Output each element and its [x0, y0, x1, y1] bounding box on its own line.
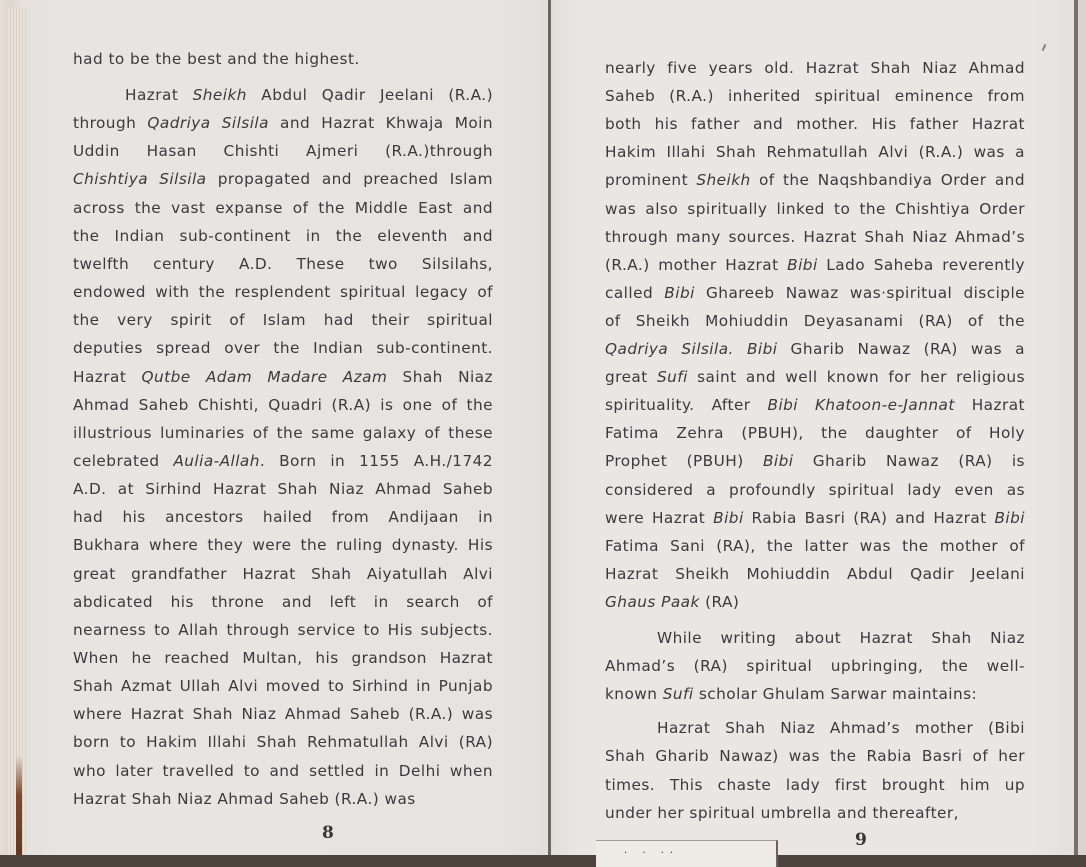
- text-span: the very spirit of Islam had their spiri…: [73, 311, 493, 329]
- text-span: Bukhara where they were the ruling dynas…: [73, 536, 493, 554]
- text-line: where Hazrat Shah Niaz Ahmad Saheb (R.A.…: [73, 703, 493, 725]
- text-span: times. This chaste lady first brought hi…: [605, 776, 1025, 794]
- book-spread: had to be the best and the highest.Hazra…: [0, 0, 1086, 867]
- paper-slip: . . ..: [596, 840, 778, 867]
- italic-text: Qadriya Silsila. Bibi: [605, 340, 777, 358]
- text-span: Prophet (PBUH): [605, 452, 763, 470]
- text-span: where Hazrat Shah Niaz Ahmad Saheb (R.A.…: [73, 705, 493, 723]
- text-line: Chishtiya Silsila propagated and preache…: [73, 168, 493, 190]
- italic-text: Sheikh: [193, 86, 247, 104]
- italic-text: Ghaus Paak: [605, 593, 700, 611]
- text-line: was also spiritually linked to the Chish…: [605, 198, 1025, 220]
- text-line: Ahmad Saheb Chishti, Quadri (R.A) is one…: [73, 394, 493, 416]
- text-span: endowed with the resplendent spiritual l…: [73, 283, 493, 301]
- text-line: abdicated his throne and left in search …: [73, 591, 493, 613]
- text-span: nearness to Allah through service to His…: [73, 621, 493, 639]
- italic-text: Bibi Khatoon-e-Jannat: [768, 396, 955, 414]
- text-line: Fatima Sani (RA), the latter was the mot…: [605, 535, 1025, 557]
- text-span: spirituality. After: [605, 396, 768, 414]
- text-line: prominent Sheikh of the Naqshbandiya Ord…: [605, 169, 1025, 191]
- text-line: nearness to Allah through service to His…: [73, 619, 493, 641]
- text-line: Hakim Illahi Shah Rehmatullah Alvi (R.A.…: [605, 141, 1025, 163]
- text-line: A.D. at Sirhind Hazrat Shah Niaz Ahmad S…: [73, 478, 493, 500]
- text-line: of Sheikh Mohiuddin Deyasanami (RA) of t…: [605, 310, 1025, 332]
- text-span: Fatima Zehra (PBUH), the daughter of Hol…: [605, 424, 1025, 442]
- text-span: celebrated: [73, 452, 173, 470]
- text-line: who later travelled to and settled in De…: [73, 760, 493, 782]
- text-span: the Indian sub-continent in the eleventh…: [73, 227, 493, 245]
- text-line: celebrated Aulia-Allah. Born in 1155 A.H…: [73, 450, 493, 472]
- text-span: were Hazrat: [605, 509, 713, 527]
- text-span: through many sources. Hazrat Shah Niaz A…: [605, 228, 1025, 246]
- right-page: nearly five years old. Hazrat Shah Niaz …: [551, 0, 1078, 855]
- text-span: great grandfather Hazrat Shah Aiyatullah…: [73, 565, 493, 583]
- text-span: A.D. at Sirhind Hazrat Shah Niaz Ahmad S…: [73, 480, 493, 498]
- text-line: Shah Azmat Ullah Alvi moved to Sirhind i…: [73, 675, 493, 697]
- text-span: saint and well known for her religious: [688, 368, 1025, 386]
- text-line: twelfth century A.D. These two Silsilahs…: [73, 253, 493, 275]
- text-line: Saheb (R.A.) inherited spiritual eminenc…: [605, 85, 1025, 107]
- text-span: When he reached Multan, his grandson Haz…: [73, 649, 493, 667]
- text-line: Hazrat Shah Niaz Ahmad’s mother (Bibi: [605, 717, 1025, 739]
- text-line: Ghaus Paak (RA): [605, 591, 1025, 613]
- background-surface: [0, 855, 1086, 867]
- text-line: Hazrat Shah Niaz Ahmad Saheb (R.A.) was: [73, 788, 493, 810]
- edge-stain: [16, 755, 22, 855]
- text-span: of the Naqshbandiya Order and: [751, 171, 1025, 189]
- text-span: had his ancestors hailed from Andijaan i…: [73, 508, 493, 526]
- text-span: While writing about Hazrat Shah Niaz: [657, 629, 1025, 647]
- text-line: times. This chaste lady first brought hi…: [605, 774, 1025, 796]
- text-span: known: [605, 685, 663, 703]
- italic-text: Bibi: [787, 256, 818, 274]
- text-line: deputies spread over the Indian sub-cont…: [73, 337, 493, 359]
- text-span: Abdul Qadir Jeelani (R.A.): [247, 86, 493, 104]
- text-line: nearly five years old. Hazrat Shah Niaz …: [605, 57, 1025, 79]
- text-span: Hazrat Sheikh Mohiuddin Abdul Qadir Jeel…: [605, 565, 1025, 583]
- text-span: Hakim Illahi Shah Rehmatullah Alvi (R.A.…: [605, 143, 1025, 161]
- text-line: Hazrat Sheikh Mohiuddin Abdul Qadir Jeel…: [605, 563, 1025, 585]
- text-line: through many sources. Hazrat Shah Niaz A…: [605, 226, 1025, 248]
- text-span: Ghareeb Nawaz was·spiritual disciple: [695, 284, 1025, 302]
- text-span: Ahmad Saheb Chishti, Quadri (R.A) is one…: [73, 396, 493, 414]
- text-line: Shah Gharib Nawaz) was the Rabia Basri o…: [605, 745, 1025, 767]
- text-line: had to be the best and the highest.: [73, 48, 493, 70]
- text-span: called: [605, 284, 664, 302]
- italic-text: Bibi: [713, 509, 744, 527]
- text-span: Saheb (R.A.) inherited spiritual eminenc…: [605, 87, 1025, 105]
- text-span: abdicated his throne and left in search …: [73, 593, 493, 611]
- text-span: across the vast expanse of the Middle Ea…: [73, 199, 493, 217]
- italic-text: Bibi: [994, 509, 1025, 527]
- text-span: was also spiritually linked to the Chish…: [605, 200, 1025, 218]
- text-span: Lado Saheba reverently: [818, 256, 1025, 274]
- text-span: under her spiritual umbrella and thereaf…: [605, 804, 959, 822]
- text-line: Hazrat Sheikh Abdul Qadir Jeelani (R.A.): [73, 84, 493, 106]
- text-span: propagated and preached Islam: [206, 170, 493, 188]
- text-line: the Indian sub-continent in the eleventh…: [73, 225, 493, 247]
- text-line: both his father and mother. His father H…: [605, 113, 1025, 135]
- text-span: (RA): [700, 593, 740, 611]
- text-span: Shah Azmat Ullah Alvi moved to Sirhind i…: [73, 677, 493, 695]
- text-line: Prophet (PBUH) Bibi Gharib Nawaz (RA) is: [605, 450, 1025, 472]
- text-span: (R.A.) mother Hazrat: [605, 256, 787, 274]
- page-edges: [8, 8, 26, 858]
- text-span: Shah Niaz: [387, 368, 493, 386]
- text-span: Gharib Nawaz (RA) is: [793, 452, 1025, 470]
- text-line: (R.A.) mother Hazrat Bibi Lado Saheba re…: [605, 254, 1025, 276]
- text-line: Fatima Zehra (PBUH), the daughter of Hol…: [605, 422, 1025, 444]
- text-line: called Bibi Ghareeb Nawaz was·spiritual …: [605, 282, 1025, 304]
- text-span: Hazrat: [125, 86, 193, 104]
- text-line: great Sufi saint and well known for her …: [605, 366, 1025, 388]
- text-span: considered a profoundly spiritual lady e…: [605, 481, 1025, 499]
- italic-text: Sufi: [663, 685, 694, 703]
- text-span: Fatima Sani (RA), the latter was the mot…: [605, 537, 1025, 555]
- text-line: spirituality. After Bibi Khatoon-e-Janna…: [605, 394, 1025, 416]
- text-line: known Sufi scholar Ghulam Sarwar maintai…: [605, 683, 1025, 705]
- text-line: Uddin Hasan Chishti Ajmeri (R.A.)through: [73, 140, 493, 162]
- text-line: great grandfather Hazrat Shah Aiyatullah…: [73, 563, 493, 585]
- text-line: When he reached Multan, his grandson Haz…: [73, 647, 493, 669]
- text-span: and Hazrat Khwaja Moin: [269, 114, 493, 132]
- text-span: Hazrat Shah Niaz Ahmad’s mother (Bibi: [657, 719, 1025, 737]
- italic-text: Qadriya Silsila: [147, 114, 269, 132]
- text-line: were Hazrat Bibi Rabia Basri (RA) and Ha…: [605, 507, 1025, 529]
- text-span: Hazrat Shah Niaz Ahmad Saheb (R.A.) was: [73, 790, 416, 808]
- text-span: illustrious luminaries of the same galax…: [73, 424, 493, 442]
- text-span: Rabia Basri (RA) and Hazrat: [744, 509, 995, 527]
- text-line: through Qadriya Silsila and Hazrat Khwaj…: [73, 112, 493, 134]
- text-span: Uddin Hasan Chishti Ajmeri (R.A.)through: [73, 142, 493, 160]
- text-line: had his ancestors hailed from Andijaan i…: [73, 506, 493, 528]
- left-page: had to be the best and the highest.Hazra…: [0, 0, 551, 855]
- italic-text: Bibi: [763, 452, 794, 470]
- italic-text: Sufi: [657, 368, 688, 386]
- text-span: Hazrat: [955, 396, 1025, 414]
- text-span: both his father and mother. His father H…: [605, 115, 1025, 133]
- text-line: illustrious luminaries of the same galax…: [73, 422, 493, 444]
- text-line: Qadriya Silsila. Bibi Gharib Nawaz (RA) …: [605, 338, 1025, 360]
- page-number-left: 8: [322, 823, 334, 843]
- text-span: born to Hakim Illahi Shah Rehmatullah Al…: [73, 733, 493, 751]
- text-line: under her spiritual umbrella and thereaf…: [605, 802, 1025, 824]
- text-span: deputies spread over the Indian sub-cont…: [73, 339, 493, 357]
- text-line: Hazrat Qutbe Adam Madare Azam Shah Niaz: [73, 366, 493, 388]
- text-line: endowed with the resplendent spiritual l…: [73, 281, 493, 303]
- text-span: of Sheikh Mohiuddin Deyasanami (RA) of t…: [605, 312, 1025, 330]
- text-line: born to Hakim Illahi Shah Rehmatullah Al…: [73, 731, 493, 753]
- italic-text: Chishtiya Silsila: [73, 170, 206, 188]
- text-span: Gharib Nawaz (RA) was a: [777, 340, 1025, 358]
- text-span: prominent: [605, 171, 696, 189]
- text-line: the very spirit of Islam had their spiri…: [73, 309, 493, 331]
- text-span: . Born in 1155 A.H./1742: [260, 452, 493, 470]
- text-span: who later travelled to and settled in De…: [73, 762, 493, 780]
- page-number-right: 9: [855, 830, 867, 850]
- text-span: had to be the best and the highest.: [73, 50, 360, 68]
- text-line: Bukhara where they were the ruling dynas…: [73, 534, 493, 556]
- text-line: Ahmad’s (RA) spiritual upbringing, the w…: [605, 655, 1025, 677]
- text-span: Hazrat: [73, 368, 142, 386]
- text-line: considered a profoundly spiritual lady e…: [605, 479, 1025, 501]
- italic-text: Bibi: [664, 284, 695, 302]
- text-line: across the vast expanse of the Middle Ea…: [73, 197, 493, 219]
- text-span: Ahmad’s (RA) spiritual upbringing, the w…: [605, 657, 1025, 675]
- italic-text: Aulia-Allah: [173, 452, 260, 470]
- text-span: twelfth century A.D. These two Silsilahs…: [73, 255, 493, 273]
- text-span: nearly five years old. Hazrat Shah Niaz …: [605, 59, 1025, 77]
- text-line: While writing about Hazrat Shah Niaz: [605, 627, 1025, 649]
- text-span: scholar Ghulam Sarwar maintains:: [694, 685, 978, 703]
- text-span: through: [73, 114, 147, 132]
- slip-marks: . . ..: [624, 845, 679, 856]
- italic-text: Sheikh: [696, 171, 750, 189]
- text-span: great: [605, 368, 657, 386]
- italic-text: Qutbe Adam Madare Azam: [142, 368, 388, 386]
- text-span: Shah Gharib Nawaz) was the Rabia Basri o…: [605, 747, 1025, 765]
